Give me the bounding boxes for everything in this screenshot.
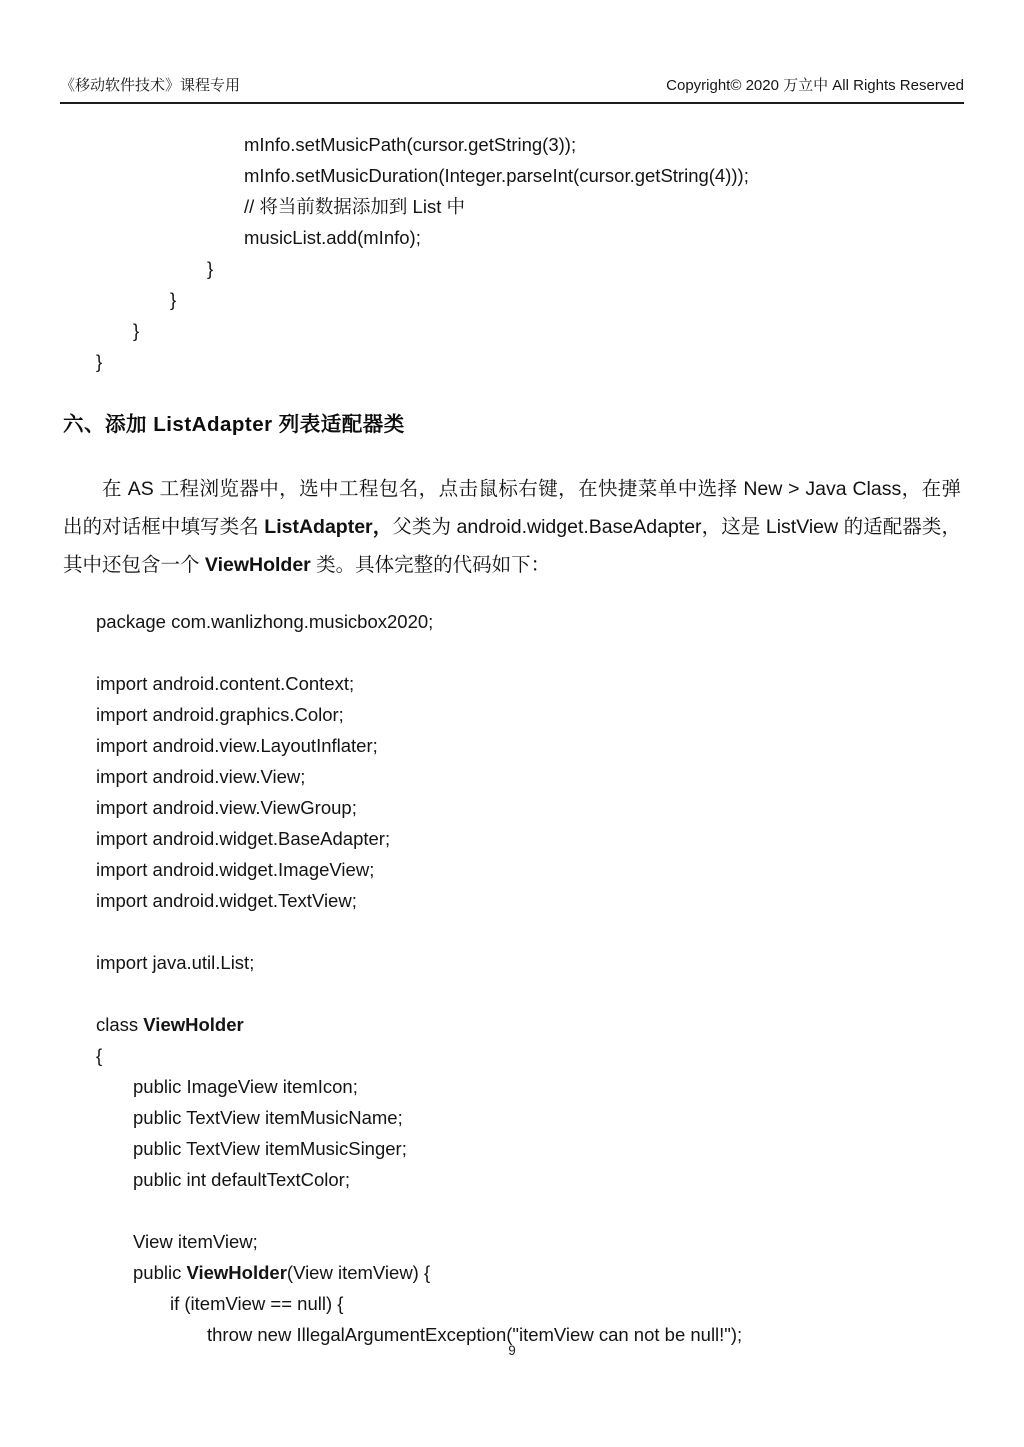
- code-line: public TextView itemMusicSinger;: [96, 1133, 961, 1164]
- code-segment: import android.content.Context;: [96, 673, 354, 694]
- code-line: {: [96, 1040, 961, 1071]
- code-segment: mInfo.setMusicPath(cursor.getString(3));: [244, 134, 576, 155]
- code-line: import android.content.Context;: [96, 668, 961, 699]
- code-line: [96, 978, 961, 1009]
- code-line: [96, 1195, 961, 1226]
- code-line: [96, 916, 961, 947]
- code-segment: import android.view.View;: [96, 766, 305, 787]
- code-segment: {: [96, 1045, 102, 1066]
- code-segment: ViewHolder: [143, 1014, 243, 1035]
- code-segment: import java.util.List;: [96, 952, 254, 973]
- code-segment: throw new IllegalArgumentException("item…: [207, 1324, 742, 1345]
- page-footer: 9: [0, 1343, 1024, 1358]
- code-line: import android.widget.TextView;: [96, 885, 961, 916]
- code-segment: if (itemView == null) {: [170, 1293, 343, 1314]
- paragraph-segment: ViewHolder: [205, 554, 311, 576]
- code-line: public ViewHolder(View itemView) {: [96, 1257, 961, 1288]
- code-segment: import android.widget.ImageView;: [96, 859, 374, 880]
- code-segment: public int defaultTextColor;: [133, 1169, 350, 1190]
- code-segment: public ImageView itemIcon;: [133, 1076, 358, 1097]
- code-line: }: [96, 253, 961, 284]
- document-page: 《移动软件技术》课程专用 Copyright© 2020 万立中 All Rig…: [0, 0, 1024, 1447]
- code-segment: import android.widget.BaseAdapter;: [96, 828, 390, 849]
- code-line: import android.view.ViewGroup;: [96, 792, 961, 823]
- code-line: public ImageView itemIcon;: [96, 1071, 961, 1102]
- header-copyright: Copyright© 2020 万立中 All Rights Reserved: [666, 74, 964, 95]
- page-header: 《移动软件技术》课程专用 Copyright© 2020 万立中 All Rig…: [60, 0, 964, 104]
- code-segment: View itemView;: [133, 1231, 258, 1252]
- code-segment: public TextView itemMusicSinger;: [133, 1138, 407, 1159]
- body-paragraph: 在 AS 工程浏览器中，选中工程包名，点击鼠标右键，在快捷菜单中选择 New >…: [63, 470, 961, 584]
- code-segment: }: [170, 289, 176, 310]
- code-line: import android.widget.ImageView;: [96, 854, 961, 885]
- code-line: import java.util.List;: [96, 947, 961, 978]
- code-segment: ViewHolder: [186, 1262, 286, 1283]
- code-line: import android.view.LayoutInflater;: [96, 730, 961, 761]
- code-segment: public: [133, 1262, 186, 1283]
- code-segment: }: [96, 351, 102, 372]
- code-block-listing: package com.wanlizhong.musicbox2020; imp…: [63, 606, 961, 1350]
- code-line: musicList.add(mInfo);: [96, 222, 961, 253]
- code-block-top: mInfo.setMusicPath(cursor.getString(3));…: [63, 129, 961, 377]
- code-segment: }: [133, 320, 139, 341]
- code-segment: import android.view.ViewGroup;: [96, 797, 357, 818]
- code-line: }: [96, 284, 961, 315]
- header-course-label: 《移动软件技术》课程专用: [60, 74, 240, 95]
- code-line: // 将当前数据添加到 List 中: [96, 191, 961, 222]
- code-line: class ViewHolder: [96, 1009, 961, 1040]
- code-segment: mInfo.setMusicDuration(Integer.parseInt(…: [244, 165, 749, 186]
- page-number: 9: [508, 1343, 516, 1358]
- code-segment: import android.view.LayoutInflater;: [96, 735, 378, 756]
- code-segment: }: [207, 258, 213, 279]
- code-line: [96, 637, 961, 668]
- code-line: import android.widget.BaseAdapter;: [96, 823, 961, 854]
- page-content: mInfo.setMusicPath(cursor.getString(3));…: [0, 129, 1024, 1350]
- code-segment: public TextView itemMusicName;: [133, 1107, 403, 1128]
- code-line: mInfo.setMusicDuration(Integer.parseInt(…: [96, 160, 961, 191]
- code-segment: musicList.add(mInfo);: [244, 227, 421, 248]
- code-segment: package com.wanlizhong.musicbox2020;: [96, 611, 433, 632]
- code-line: public TextView itemMusicName;: [96, 1102, 961, 1133]
- section-heading: 六、添加 ListAdapter 列表适配器类: [63, 407, 961, 437]
- code-segment: class: [96, 1014, 143, 1035]
- code-segment: (View itemView) {: [287, 1262, 430, 1283]
- code-line: import android.graphics.Color;: [96, 699, 961, 730]
- code-line: package com.wanlizhong.musicbox2020;: [96, 606, 961, 637]
- code-segment: import android.graphics.Color;: [96, 704, 344, 725]
- code-line: if (itemView == null) {: [96, 1288, 961, 1319]
- paragraph-segment: ListAdapter，: [264, 516, 392, 538]
- paragraph-segment: 类。具体完整的代码如下：: [311, 554, 550, 576]
- code-line: }: [96, 315, 961, 346]
- code-line: }: [96, 346, 961, 377]
- code-line: View itemView;: [96, 1226, 961, 1257]
- code-segment: // 将当前数据添加到 List 中: [244, 196, 465, 217]
- code-line: public int defaultTextColor;: [96, 1164, 961, 1195]
- code-segment: import android.widget.TextView;: [96, 890, 357, 911]
- code-line: import android.view.View;: [96, 761, 961, 792]
- code-line: mInfo.setMusicPath(cursor.getString(3));: [96, 129, 961, 160]
